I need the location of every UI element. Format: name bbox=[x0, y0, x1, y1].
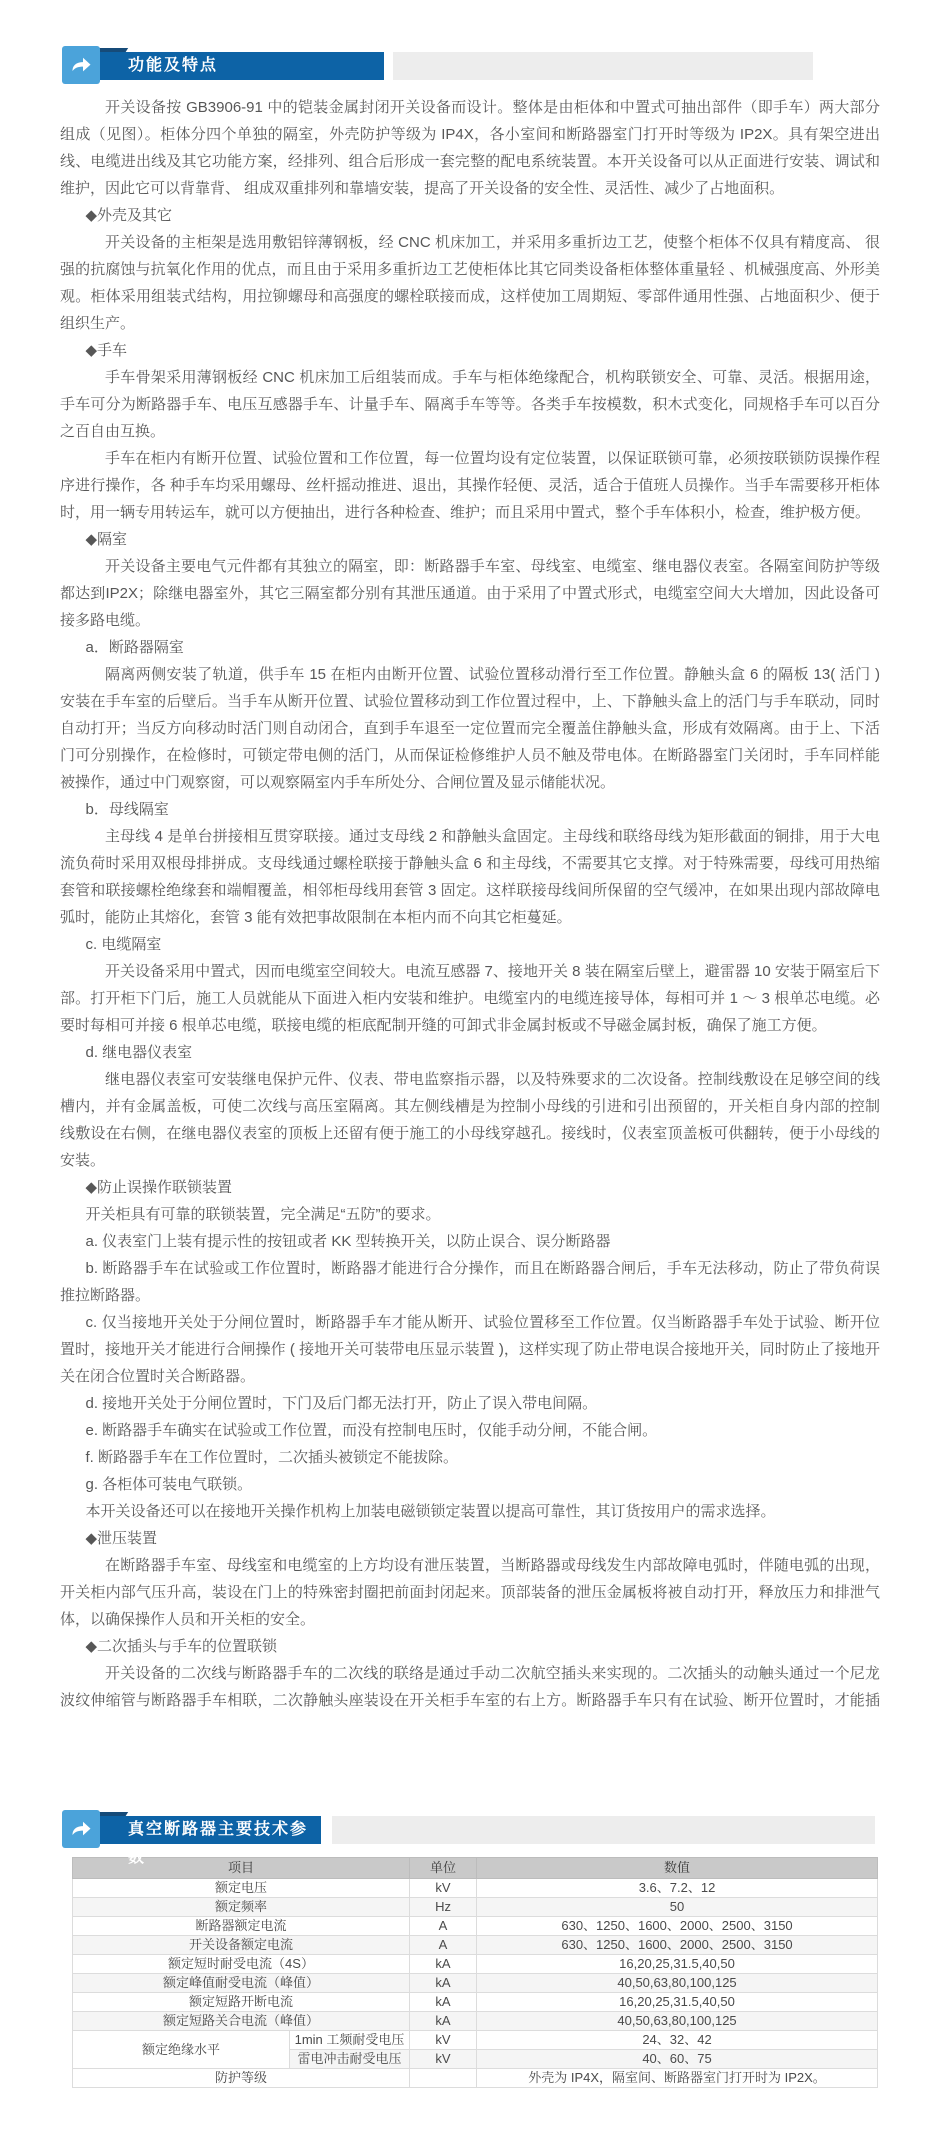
header-value: 数值 bbox=[477, 1858, 878, 1879]
paragraph: 隔离两侧安装了轨道，供手车 15 在柜内由断开位置、试验位置移动滑行至工作位置。… bbox=[60, 661, 880, 796]
cell-unit: A bbox=[410, 1936, 477, 1955]
paragraph: c. 仅当接地开关处于分闸位置时，断路器手车才能从断开、试验位置移至工作位置。仅… bbox=[60, 1309, 880, 1390]
page: 功能及特点 开关设备按 GB3906-91 中的铠装金属封闭开关设备而设计。整体… bbox=[0, 0, 940, 2150]
forward-arrow-icon bbox=[62, 46, 100, 84]
subsection-heading: ◆防止误操作联锁装置 bbox=[60, 1174, 880, 1201]
cell-unit: kV bbox=[410, 1879, 477, 1898]
table-header: 项目单位数值 bbox=[73, 1858, 878, 1879]
table-row: 额定绝缘水平1min 工频耐受电压kV24、32、42 bbox=[73, 2031, 878, 2050]
features-banner: 功能及特点 bbox=[76, 52, 384, 80]
features-text: 开关设备按 GB3906-91 中的铠装金属封闭开关设备而设计。整体是由柜体和中… bbox=[60, 94, 880, 1719]
cell-value: 50 bbox=[477, 1898, 878, 1917]
cell-value: 16,20,25,31.5,40,50 bbox=[477, 1955, 878, 1974]
params-banner: 真空断路器主要技术参数 bbox=[76, 1816, 321, 1844]
cell-item: 额定短路开断电流 bbox=[73, 1993, 410, 2012]
subsection-heading: ◆外壳及其它 bbox=[60, 202, 880, 229]
table-row: 额定短路关合电流（峰值）kA40,50,63,80,100,125 bbox=[73, 2012, 878, 2031]
paragraph: 开关设备按 GB3906-91 中的铠装金属封闭开关设备而设计。整体是由柜体和中… bbox=[60, 94, 880, 202]
paragraph: b. 断路器手车在试验或工作位置时，断路器才能进行合分操作，而且在断路器合闸后，… bbox=[60, 1255, 880, 1309]
paragraph: a. 仪表室门上装有提示性的按钮或者 KK 型转换开关，以防止误合、误分断路器 bbox=[60, 1228, 880, 1255]
cell-unit: kA bbox=[410, 1955, 477, 1974]
cell-value: 16,20,25,31.5,40,50 bbox=[477, 1993, 878, 2012]
paragraph: f. 断路器手车在工作位置时，二次插头被锁定不能拔除。 bbox=[60, 1444, 880, 1471]
paragraph: 开关柜具有可靠的联锁装置，完全满足“五防”的要求。 bbox=[60, 1201, 880, 1228]
params-gray-bar bbox=[332, 1816, 875, 1844]
cell-value: 40、60、75 bbox=[477, 2050, 878, 2069]
sub-item-heading: a．断路器隔室 bbox=[60, 634, 880, 661]
cell-item: 额定短时耐受电流（4S） bbox=[73, 1955, 410, 1974]
table-row: 额定短路开断电流kA16,20,25,31.5,40,50 bbox=[73, 1993, 878, 2012]
params-section-header: 真空断路器主要技术参数 bbox=[0, 1810, 940, 1852]
table-row: 额定峰值耐受电流（峰值）kA40,50,63,80,100,125 bbox=[73, 1974, 878, 1993]
cell-value: 630、1250、1600、2000、2500、3150 bbox=[477, 1936, 878, 1955]
cell-item: 额定电压 bbox=[73, 1879, 410, 1898]
cell-value: 630、1250、1600、2000、2500、3150 bbox=[477, 1917, 878, 1936]
cell-unit: kA bbox=[410, 1993, 477, 2012]
table-row: 开关设备额定电流A630、1250、1600、2000、2500、3150 bbox=[73, 1936, 878, 1955]
header-item: 项目 bbox=[73, 1858, 410, 1879]
cell-unit: kV bbox=[410, 2031, 477, 2050]
cell-unit: A bbox=[410, 1917, 477, 1936]
sub-item-heading: b．母线隔室 bbox=[60, 796, 880, 823]
paragraph: 主母线 4 是单台拼接相互贯穿联接。通过支母线 2 和静触头盒固定。主母线和联络… bbox=[60, 823, 880, 931]
subsection-heading: ◆隔室 bbox=[60, 526, 880, 553]
features-title: 功能及特点 bbox=[128, 57, 218, 74]
cell-unit bbox=[410, 2069, 477, 2088]
cell-value: 40,50,63,80,100,125 bbox=[477, 2012, 878, 2031]
sub-item-heading: d. 继电器仪表室 bbox=[60, 1039, 880, 1066]
cell-item: 额定频率 bbox=[73, 1898, 410, 1917]
cell-value: 40,50,63,80,100,125 bbox=[477, 1974, 878, 1993]
header-unit: 单位 bbox=[410, 1858, 477, 1879]
features-section-header: 功能及特点 bbox=[0, 46, 940, 88]
table-row: 额定短时耐受电流（4S）kA16,20,25,31.5,40,50 bbox=[73, 1955, 878, 1974]
cell-unit: kA bbox=[410, 2012, 477, 2031]
cell-item: 额定峰值耐受电流（峰值） bbox=[73, 1974, 410, 1993]
forward-arrow-icon bbox=[62, 1810, 100, 1848]
cell-item: 断路器额定电流 bbox=[73, 1917, 410, 1936]
paragraph: 继电器仪表室可安装继电保护元件、仪表、带电监察指示器，以及特殊要求的二次设备。控… bbox=[60, 1066, 880, 1174]
paragraph: 在断路器手车室、母线室和电缆室的上方均设有泄压装置，当断路器或母线发生内部故障电… bbox=[60, 1552, 880, 1633]
subsection-heading: ◆手车 bbox=[60, 337, 880, 364]
table-row: 断路器额定电流A630、1250、1600、2000、2500、3150 bbox=[73, 1917, 878, 1936]
paragraph: 开关设备主要电气元件都有其独立的隔室，即：断路器手车室、母线室、电缆室、继电器仪… bbox=[60, 553, 880, 634]
table-row: 额定频率Hz50 bbox=[73, 1898, 878, 1917]
paragraph: 手车骨架采用薄钢板经 CNC 机床加工后组装而成。手车与柜体绝缘配合，机构联锁安… bbox=[60, 364, 880, 445]
table-body: 额定电压kV3.6、7.2、12额定频率Hz50断路器额定电流A630、1250… bbox=[73, 1879, 878, 2088]
cell-unit: kA bbox=[410, 1974, 477, 1993]
cell-item: 雷电冲击耐受电压 bbox=[290, 2050, 410, 2069]
cell-item: 防护等级 bbox=[73, 2069, 410, 2088]
cell-value: 3.6、7.2、12 bbox=[477, 1879, 878, 1898]
paragraph: 本开关设备还可以在接地开关操作机构上加装电磁锁锁定装置以提高可靠性，其订货按用户… bbox=[60, 1498, 880, 1525]
table-row: 防护等级外壳为 IP4X，隔室间、断路器室门打开时为 IP2X。 bbox=[73, 2069, 878, 2088]
paragraph: 开关设备采用中置式，因而电缆室空间较大。电流互感器 7、接地开关 8 装在隔室后… bbox=[60, 958, 880, 1039]
paragraph: d. 接地开关处于分闸位置时，下门及后门都无法打开，防止了误入带电间隔。 bbox=[60, 1390, 880, 1417]
cell-item: 1min 工频耐受电压 bbox=[290, 2031, 410, 2050]
cell-unit: Hz bbox=[410, 1898, 477, 1917]
cell-value: 24、32、42 bbox=[477, 2031, 878, 2050]
features-gray-bar bbox=[393, 52, 813, 80]
sub-item-heading: c. 电缆隔室 bbox=[60, 931, 880, 958]
paragraph: e. 断路器手车确实在试验或工作位置，而没有控制电压时，仅能手动分闸，不能合闸。 bbox=[60, 1417, 880, 1444]
subsection-heading: ◆泄压装置 bbox=[60, 1525, 880, 1552]
cell-unit: kV bbox=[410, 2050, 477, 2069]
table-header-row: 项目单位数值 bbox=[73, 1858, 878, 1879]
cell-item: 开关设备额定电流 bbox=[73, 1936, 410, 1955]
paragraph: 开关设备的主柜架是选用敷铝锌薄钢板，经 CNC 机床加工，并采用多重折边工艺，使… bbox=[60, 229, 880, 337]
paragraph: 手车在柜内有断开位置、试验位置和工作位置，每一位置均设有定位装置，以保证联锁可靠… bbox=[60, 445, 880, 526]
cell-value: 外壳为 IP4X，隔室间、断路器室门打开时为 IP2X。 bbox=[477, 2069, 878, 2088]
parameters-table: 项目单位数值 额定电压kV3.6、7.2、12额定频率Hz50断路器额定电流A6… bbox=[72, 1857, 878, 2088]
paragraph: g. 各柜体可装电气联锁。 bbox=[60, 1471, 880, 1498]
paragraph: 开关设备的二次线与断路器手车的二次线的联络是通过手动二次航空插头来实现的。二次插… bbox=[60, 1660, 880, 1719]
cell-group-label: 额定绝缘水平 bbox=[73, 2031, 290, 2069]
table-row: 额定电压kV3.6、7.2、12 bbox=[73, 1879, 878, 1898]
cell-item: 额定短路关合电流（峰值） bbox=[73, 2012, 410, 2031]
subsection-heading: ◆二次插头与手车的位置联锁 bbox=[60, 1633, 880, 1660]
